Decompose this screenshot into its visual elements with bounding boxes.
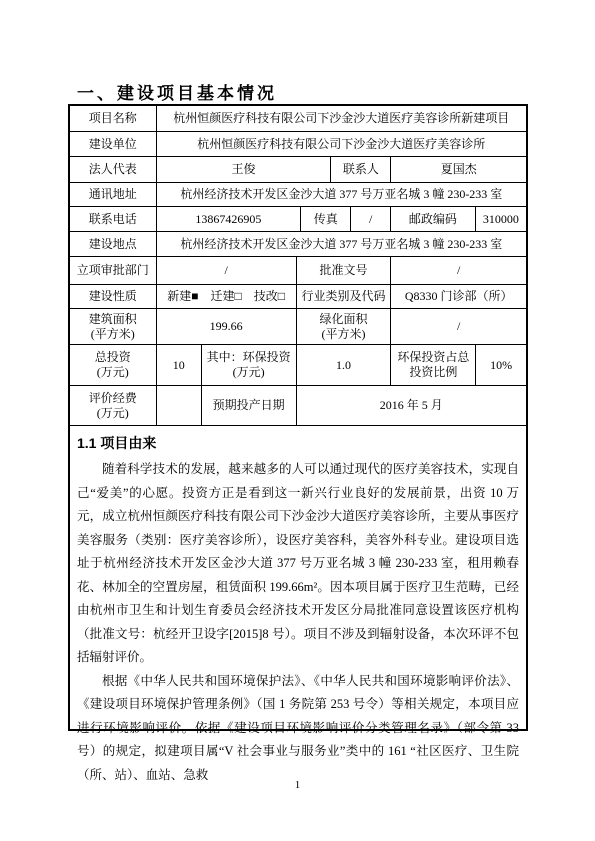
building-area-label: 建筑面积 (平方米) [70,309,157,344]
project-origin-title: 1.1 项目由来 [77,433,519,453]
project-name-value: 杭州恒颜医疗科技有限公司下沙金沙大道医疗美容诊所新建项目 [157,106,526,131]
project-origin-paragraph-1: 随着科学技术的发展，越来越多的人可以通过现代的医疗美容技术，实现自己“爱美”的心… [77,458,519,670]
green-area-label: 绿化面积 (平方米) [297,309,392,344]
postcode-value: 310000 [476,207,526,231]
expected-production-date-label: 预期投产日期 [202,386,297,425]
approval-doc-no-value: / [391,257,526,284]
table-row-approval-dept: 立项审批部门 / 批准文号 / [70,257,526,285]
fax-label: 传真 [301,207,351,231]
construction-unit-value: 杭州恒颜医疗科技有限公司下沙金沙大道医疗美容诊所 [157,132,526,156]
construction-nature-value: 新建■ 迁建□ 技改□ [157,285,297,308]
project-info-table: 项目名称 杭州恒颜医疗科技有限公司下沙金沙大道医疗美容诊所新建项目 建设单位 杭… [68,104,528,731]
env-investment-label: 其中：环保投资 (万元) [202,345,297,385]
legal-rep-value: 王俊 [157,157,332,182]
postcode-label: 邮政编码 [391,207,476,231]
project-origin-section: 1.1 项目由来 随着科学技术的发展，越来越多的人可以通过现代的医疗美容技术，实… [70,426,526,729]
project-name-label: 项目名称 [70,106,157,131]
building-area-value: 199.66 [157,309,297,344]
construction-nature-label: 建设性质 [70,285,157,308]
table-row-legal-rep: 法人代表 王俊 联系人 夏国杰 [70,157,526,183]
document-page: 一、建设项目基本情况 项目名称 杭州恒颜医疗科技有限公司下沙金沙大道医疗美容诊所… [0,0,595,841]
approval-dept-value: / [157,257,297,284]
industry-category-label: 行业类别及代码 [297,285,392,308]
project-origin-paragraph-2: 根据《中华人民共和国环境保护法》、《中华人民共和国环境影响评价法》、《建设项目环… [77,670,519,788]
contact-person-value: 夏国杰 [391,157,526,182]
total-investment-value: 10 [157,345,202,385]
table-row-project-name: 项目名称 杭州恒颜医疗科技有限公司下沙金沙大道医疗美容诊所新建项目 [70,106,526,132]
construction-site-label: 建设地点 [70,232,157,256]
fax-value: / [351,207,391,231]
table-row-construction-unit: 建设单位 杭州恒颜医疗科技有限公司下沙金沙大道医疗美容诊所 [70,132,526,157]
approval-doc-no-label: 批准文号 [297,257,392,284]
contact-person-label: 联系人 [331,157,391,182]
green-area-value: / [391,309,526,344]
table-row-phone: 联系电话 13867426905 传真 / 邮政编码 310000 [70,207,526,232]
phone-label: 联系电话 [70,207,157,231]
approval-dept-label: 立项审批部门 [70,257,157,284]
phone-value: 13867426905 [157,207,302,231]
evaluation-fee-value [157,386,202,425]
table-row-construction-nature: 建设性质 新建■ 迁建□ 技改□ 行业类别及代码 Q8330 门诊部（所） [70,285,526,309]
page-number: 1 [0,779,595,791]
env-investment-ratio-label: 环保投资占总 投资比例 [391,345,476,385]
construction-site-value: 杭州经济技术开发区金沙大道 377 号万亚名城 3 幢 230-233 室 [157,232,526,256]
table-row-construction-site: 建设地点 杭州经济技术开发区金沙大道 377 号万亚名城 3 幢 230-233… [70,232,526,257]
evaluation-fee-label: 评价经费 (万元) [70,386,157,425]
table-row-building-area: 建筑面积 (平方米) 199.66 绿化面积 (平方米) / [70,309,526,345]
env-investment-value: 1.0 [297,345,392,385]
mail-address-label: 通讯地址 [70,183,157,206]
table-row-total-investment: 总投资 (万元) 10 其中：环保投资 (万元) 1.0 环保投资占总 投资比例… [70,345,526,386]
legal-rep-label: 法人代表 [70,157,157,182]
table-row-mail-address: 通讯地址 杭州经济技术开发区金沙大道 377 号万亚名城 3 幢 230-233… [70,183,526,207]
expected-production-date-value: 2016 年 5 月 [297,386,526,425]
section-heading: 一、建设项目基本情况 [77,79,277,104]
total-investment-label: 总投资 (万元) [70,345,157,385]
construction-unit-label: 建设单位 [70,132,157,156]
mail-address-value: 杭州经济技术开发区金沙大道 377 号万亚名城 3 幢 230-233 室 [157,183,526,206]
env-investment-ratio-value: 10% [476,345,526,385]
industry-category-value: Q8330 门诊部（所） [391,285,526,308]
table-row-evaluation-fee: 评价经费 (万元) 预期投产日期 2016 年 5 月 [70,386,526,426]
